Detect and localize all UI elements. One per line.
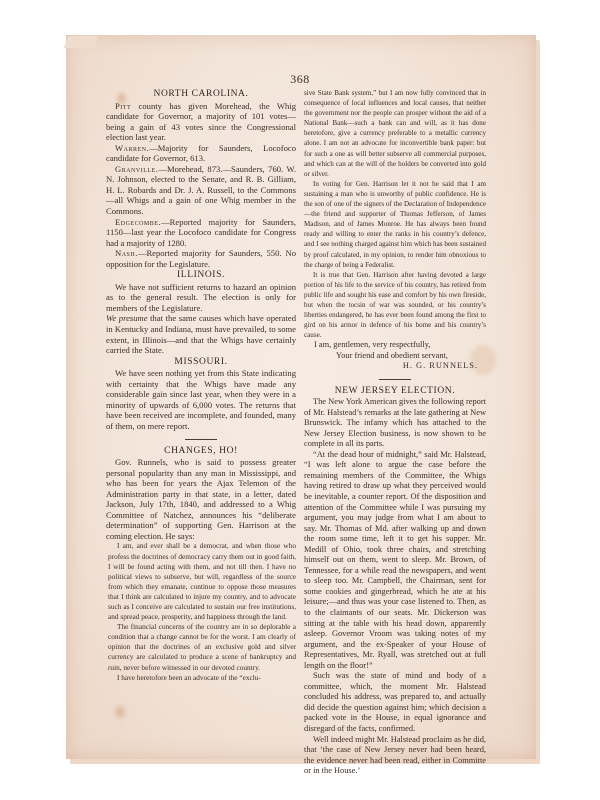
quoted-paragraph: I am, and ever shall be a democrat, and … [106, 541, 296, 622]
letter-signature: H. G. RUNNELS. [304, 361, 486, 372]
quoted-paragraph: sive State Bank system,” but I am now fu… [304, 88, 486, 179]
torn-corner [64, 36, 98, 48]
paragraph: Pitt county has given Morehead, the Whig… [106, 101, 296, 143]
paragraph: We presume that the same causes which ha… [106, 313, 296, 355]
paragraph: Edgecombe.—Reported majority for Saunder… [106, 217, 296, 249]
heading-north-carolina: NORTH CAROLINA. [106, 89, 296, 100]
paragraph: We have seen nothing yet from this State… [106, 368, 296, 431]
paragraph: Such was the state of mind and body of a… [304, 671, 486, 734]
heading-illinois: ILLINOIS. [106, 270, 296, 281]
paragraph: We have not sufficient returns to hazard… [106, 282, 296, 314]
foxing-stain [115, 706, 125, 718]
quoted-paragraph: I have heretofore been an advocate of th… [106, 673, 296, 683]
paragraph: “At the dead hour of midnight,” said Mr.… [304, 450, 486, 671]
left-column: NORTH CAROLINA. Pitt county has given Mo… [106, 88, 296, 683]
section-divider [379, 379, 411, 380]
letter-closing: Your friend and obedient servant, [304, 351, 486, 362]
paragraph: Nash.—Reported majority for Saunders, 55… [106, 248, 296, 269]
quoted-paragraph: In voting for Gen. Harrison let it not b… [304, 179, 486, 270]
paragraph: Warren.—Majority for Saunders, Locofoco … [106, 143, 296, 164]
right-column: sive State Bank system,” but I am now fu… [304, 88, 486, 777]
paragraph: Gov. Runnels, who is said to possess gre… [106, 457, 296, 541]
letter-closing: I am, gentlemen, very respectfully, [304, 340, 486, 351]
paragraph: Granville.—Morehead, 873.—Saunders, 760.… [106, 164, 296, 217]
quoted-paragraph: It is true that Gen. Harrison after havi… [304, 270, 486, 341]
quoted-paragraph: The financial concerns of the country ar… [106, 622, 296, 672]
section-divider [185, 439, 217, 440]
heading-changes-ho: CHANGES, HO! [106, 446, 296, 457]
heading-missouri: MISSOURI. [106, 357, 296, 368]
page-number: 368 [0, 72, 600, 87]
paragraph: The New York American gives the followin… [304, 397, 486, 450]
heading-new-jersey-election: NEW JERSEY ELECTION. [304, 386, 486, 396]
paragraph: Well indeed might Mr. Halstead proclaim … [304, 735, 486, 777]
